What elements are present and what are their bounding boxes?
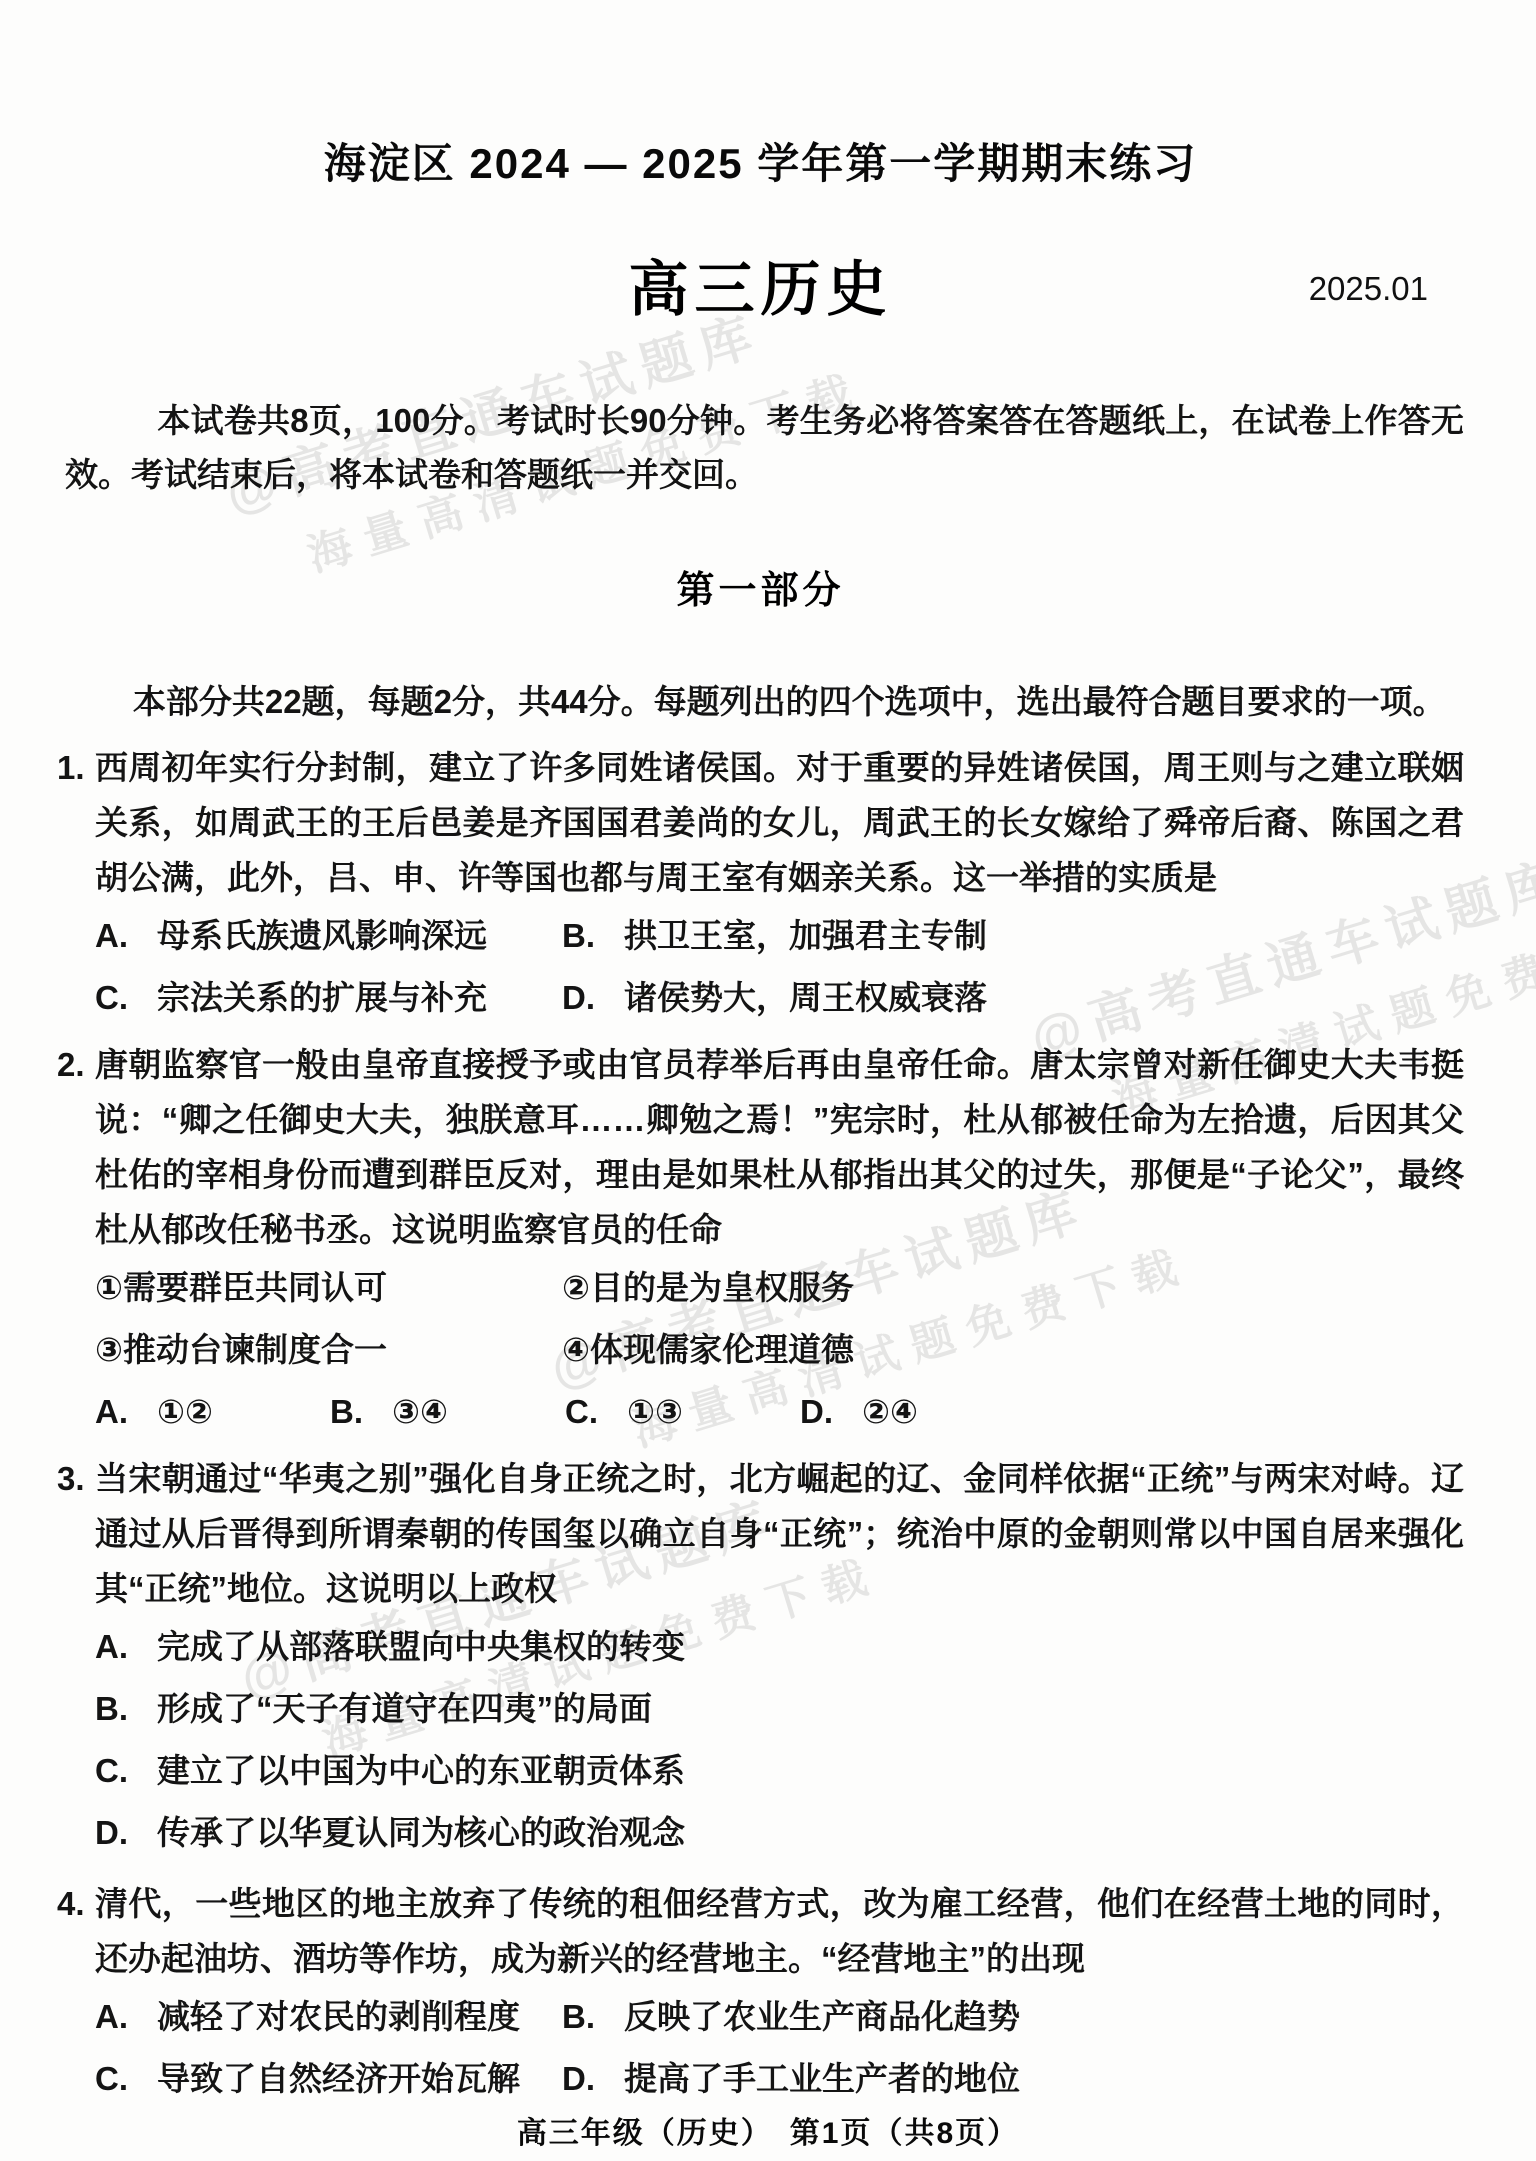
question-stem: 清代，一些地区的地主放弃了传统的租佃经营方式，改为雇工经营，他们在经营土地的同时… — [95, 1876, 1464, 1986]
question-number: 3. — [57, 1451, 95, 1864]
option-label: A. — [95, 1986, 157, 2048]
subject-title: 高三历史 — [57, 250, 1464, 330]
option-text: 提高了手工业生产者的地位 — [624, 2060, 1020, 2097]
option-label: C. — [565, 1381, 627, 1443]
option-b: B.反映了农业生产商品化趋势 — [562, 1986, 1464, 2048]
part-one-title: 第一部分 — [57, 568, 1464, 614]
option-a: A.母系氏族遗风影响深远 — [95, 905, 562, 967]
exam-date: 2025.01 — [1309, 270, 1428, 308]
subject-row: 高三历史 2025.01 — [57, 250, 1464, 330]
option-label: A. — [95, 905, 157, 967]
option-text: 母系氏族遗风影响深远 — [157, 917, 487, 954]
option-c: C.建立了以中国为中心的东亚朝贡体系 — [95, 1740, 1464, 1802]
option-label: B. — [330, 1381, 392, 1443]
option-b: B.拱卫王室，加强君主专制 — [562, 905, 1464, 967]
option-label: D. — [95, 1802, 157, 1864]
option-text: 诸侯势大，周王权威衰落 — [624, 979, 987, 1016]
option-label: B. — [562, 1986, 624, 2048]
exam-title: 海淀区 2024 — 2025 学年第一学期期末练习 — [57, 0, 1464, 188]
option-text: ③④ — [392, 1393, 448, 1430]
question-number: 2. — [57, 1037, 95, 1443]
option-label: C. — [95, 967, 157, 1029]
option-text: ①③ — [627, 1393, 683, 1430]
option-text: ①② — [157, 1393, 213, 1430]
question-options: A.完成了从部落联盟向中央集权的转变 B.形成了“天子有道守在四夷”的局面 C.… — [95, 1616, 1464, 1864]
question-3: 3. 当宋朝通过“华夷之别”强化自身正统之时，北方崛起的辽、金同样依据“正统”与… — [57, 1451, 1464, 1864]
question-number: 4. — [57, 1876, 95, 2110]
sub-item-2: ②目的是为皇权服务 — [562, 1257, 1464, 1319]
question-stem: 唐朝监察官一般由皇帝直接授予或由官员荐举后再由皇帝任命。唐太宗曾对新任御史大夫韦… — [95, 1037, 1464, 1257]
option-a: A.减轻了对农民的剥削程度 — [95, 1986, 562, 2048]
option-text: 反映了农业生产商品化趋势 — [624, 1998, 1020, 2035]
option-c: C.宗法关系的扩展与补充 — [95, 967, 562, 1029]
question-stem: 西周初年实行分封制，建立了许多同姓诸侯国。对于重要的异姓诸侯国，周王则与之建立联… — [95, 740, 1464, 905]
question-sub-items: ①需要群臣共同认可 ②目的是为皇权服务 ③推动台谏制度合一 ④体现儒家伦理道德 — [95, 1257, 1464, 1381]
option-text: 建立了以中国为中心的东亚朝贡体系 — [157, 1752, 685, 1789]
option-label: C. — [95, 1740, 157, 1802]
question-options: A.减轻了对农民的剥削程度 B.反映了农业生产商品化趋势 C.导致了自然经济开始… — [95, 1986, 1464, 2110]
option-c: C.导致了自然经济开始瓦解 — [95, 2048, 562, 2110]
option-label: C. — [95, 2048, 157, 2110]
option-label: B. — [562, 905, 624, 967]
option-b: B.形成了“天子有道守在四夷”的局面 — [95, 1678, 1464, 1740]
question-options: A.母系氏族遗风影响深远 B.拱卫王室，加强君主专制 C.宗法关系的扩展与补充 … — [95, 905, 1464, 1029]
sub-item-4: ④体现儒家伦理道德 — [562, 1319, 1464, 1381]
option-text: 形成了“天子有道守在四夷”的局面 — [157, 1690, 652, 1727]
question-2: 2. 唐朝监察官一般由皇帝直接授予或由官员荐举后再由皇帝任命。唐太宗曾对新任御史… — [57, 1037, 1464, 1443]
sub-item-1: ①需要群臣共同认可 — [95, 1257, 562, 1319]
option-text: 导致了自然经济开始瓦解 — [157, 2060, 520, 2097]
option-label: B. — [95, 1678, 157, 1740]
option-label: D. — [800, 1381, 862, 1443]
option-d: D.传承了以华夏认同为核心的政治观念 — [95, 1802, 1464, 1864]
option-text: 拱卫王室，加强君主专制 — [624, 917, 987, 954]
exam-notice: 本试卷共8页，100分。考试时长90分钟。考生务必将答案答在答题纸上，在试卷上作… — [65, 394, 1464, 502]
option-label: D. — [562, 967, 624, 1029]
option-d: D.提高了手工业生产者的地位 — [562, 2048, 1464, 2110]
option-label: A. — [95, 1616, 157, 1678]
question-number: 1. — [57, 740, 95, 1029]
question-4: 4. 清代，一些地区的地主放弃了传统的租佃经营方式，改为雇工经营，他们在经营土地… — [57, 1876, 1464, 2110]
sub-item-3: ③推动台谏制度合一 — [95, 1319, 562, 1381]
option-a: A.完成了从部落联盟向中央集权的转变 — [95, 1616, 1464, 1678]
option-text: ②④ — [862, 1393, 918, 1430]
option-a: A.①② — [95, 1381, 330, 1443]
exam-page: @高考直通车试题库 海量高清试题免费下载 @高考直通车试题库 海量高清试题免费下… — [0, 0, 1536, 2161]
part-one-instructions: 本部分共22题，每题2分，共44分。每题列出的四个选项中，选出最符合题目要求的一… — [90, 680, 1464, 724]
question-options: A.①② B.③④ C.①③ D.②④ — [95, 1381, 1464, 1443]
option-b: B.③④ — [330, 1381, 565, 1443]
option-d: D.②④ — [800, 1381, 1464, 1443]
page-footer: 高三年级（历史） 第1页（共8页） — [0, 2108, 1536, 2152]
option-label: A. — [95, 1381, 157, 1443]
question-stem: 当宋朝通过“华夷之别”强化自身正统之时，北方崛起的辽、金同样依据“正统”与两宋对… — [95, 1451, 1464, 1616]
option-text: 减轻了对农民的剥削程度 — [157, 1998, 520, 2035]
option-text: 宗法关系的扩展与补充 — [157, 979, 487, 1016]
option-label: D. — [562, 2048, 624, 2110]
option-text: 传承了以华夏认同为核心的政治观念 — [157, 1814, 685, 1851]
option-d: D.诸侯势大，周王权威衰落 — [562, 967, 1464, 1029]
option-text: 完成了从部落联盟向中央集权的转变 — [157, 1628, 685, 1665]
option-c: C.①③ — [565, 1381, 800, 1443]
question-1: 1. 西周初年实行分封制，建立了许多同姓诸侯国。对于重要的异姓诸侯国，周王则与之… — [57, 740, 1464, 1029]
